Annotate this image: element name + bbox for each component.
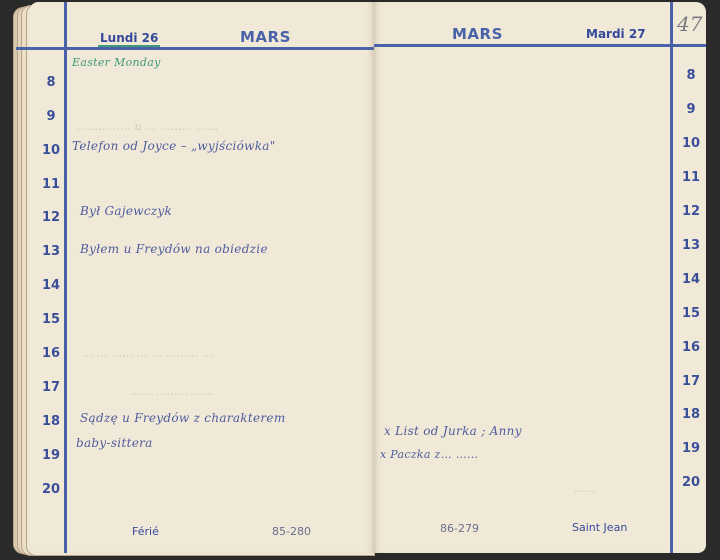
hour-label: 15: [676, 306, 706, 321]
bleed-through-text: ……: [574, 482, 596, 495]
hour-label: 11: [36, 177, 66, 192]
hour-label: 9: [36, 109, 66, 124]
hour-label: 19: [36, 448, 66, 463]
hour-label: 18: [36, 414, 66, 429]
hour-label: 10: [36, 143, 66, 158]
left-page: Lundi 26 MARS Easter Monday 8 9 10 11 12…: [30, 2, 374, 553]
footer-holiday: Férié: [132, 525, 159, 538]
margin-rule: [670, 2, 673, 553]
day-label: Lundi 26: [98, 31, 160, 47]
hour-label: 14: [676, 272, 706, 287]
diary-entry: Telefon od Joyce – „wyjściówka": [72, 139, 276, 153]
month-label: MARS: [452, 25, 503, 43]
right-page: MARS Mardi 27 47 8 9 10 11 12 13 14 15 1…: [374, 2, 706, 553]
hour-label: 11: [676, 170, 706, 185]
diary-entry: Byłem u Freydów na obiedzie: [80, 242, 268, 256]
hour-label: 8: [36, 75, 66, 90]
bleed-through-text: … … …… … … ……… …: [82, 347, 213, 360]
diary-entry: baby-sittera: [76, 436, 153, 450]
hour-label: 19: [676, 441, 706, 456]
hour-label: 10: [676, 136, 706, 151]
hour-label: 17: [36, 380, 66, 395]
hour-label: 12: [36, 210, 66, 225]
hour-label: 9: [676, 102, 706, 117]
hour-label: 14: [36, 278, 66, 293]
hour-label: 17: [676, 374, 706, 389]
bleed-through-text: …… ……… ……: [130, 385, 214, 398]
hour-label: 8: [676, 68, 706, 83]
diary-entry: Był Gajewczyk: [80, 204, 172, 218]
page-number: 47: [677, 12, 702, 36]
footer-day-count: 85-280: [272, 525, 311, 538]
hour-label: 16: [676, 340, 706, 355]
diary-entry: Sądzę u Freydów z charakterem: [80, 411, 286, 425]
diary-spread: Lundi 26 MARS Easter Monday 8 9 10 11 12…: [0, 0, 720, 560]
footer-day-count: 86-279: [440, 522, 479, 535]
hour-label: 13: [676, 238, 706, 253]
hour-label: 12: [676, 204, 706, 219]
hour-label: 20: [36, 482, 66, 497]
header-rule: [374, 44, 706, 47]
day-label: Mardi 27: [586, 27, 646, 41]
hour-label: 18: [676, 407, 706, 422]
header-rule: [16, 47, 374, 50]
handwritten-note: Easter Monday: [72, 56, 161, 69]
hour-label: 16: [36, 346, 66, 361]
hour-label: 13: [36, 244, 66, 259]
diary-entry: x List od Jurka ; Anny: [384, 424, 522, 438]
bleed-through-text: …………… u … ……… ……: [76, 120, 218, 133]
footer-saint: Saint Jean: [572, 521, 627, 534]
hour-label: 20: [676, 475, 706, 490]
month-label: MARS: [240, 28, 291, 46]
hour-label: 15: [36, 312, 66, 327]
diary-entry: x Paczka z… ……: [380, 448, 478, 461]
